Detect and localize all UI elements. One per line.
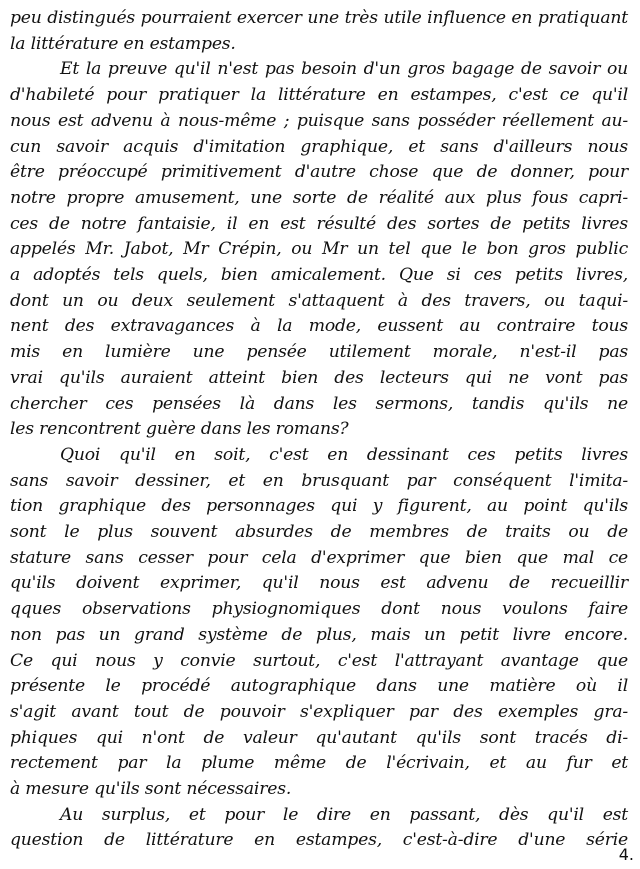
manuscript-line: les rencontrent guère dans les romans? <box>10 415 628 443</box>
manuscript-line: question de littérature en estampes, c'e… <box>10 826 628 854</box>
manuscript-page: peu distingués pourraient exercer une tr… <box>0 0 640 869</box>
manuscript-line: tion graphique des personnages qui y fig… <box>10 492 628 520</box>
manuscript-line: nous est advenu à nous-même ; puisque sa… <box>10 107 628 135</box>
manuscript-line: phiques qui n'ont de valeur qu'autant qu… <box>10 724 628 752</box>
manuscript-line: rectement par la plume même de l'écrivai… <box>10 749 628 777</box>
manuscript-line: sont le plus souvent absurdes de membres… <box>10 518 628 546</box>
manuscript-line: à mesure qu'ils sont nécessaires. <box>10 775 628 803</box>
manuscript-line: la littérature en estampes. <box>10 30 628 58</box>
manuscript-line: appelés Mr. Jabot, Mr Crépin, ou Mr un t… <box>10 235 628 263</box>
manuscript-line: nent des extravagances à la mode, eussen… <box>10 312 628 340</box>
manuscript-line: stature sans cesser pour cela d'exprimer… <box>10 544 628 572</box>
manuscript-line: Ce qui nous y convie surtout, c'est l'at… <box>10 647 628 675</box>
manuscript-line: vrai qu'ils auraient atteint bien des le… <box>10 364 628 392</box>
paragraph-start-line: Quoi qu'il en soit, c'est en dessinant c… <box>60 441 628 469</box>
manuscript-line: non pas un grand système de plus, mais u… <box>10 621 628 649</box>
manuscript-line: d'habileté pour pratiquer la littérature… <box>10 81 628 109</box>
manuscript-line: présente le procédé autographique dans u… <box>10 672 628 700</box>
paragraph-start-line: Au surplus, et pour le dire en passant, … <box>60 801 628 829</box>
manuscript-line: être préoccupé primitivement d'autre cho… <box>10 158 628 186</box>
manuscript-line: peu distingués pourraient exercer une tr… <box>10 4 628 32</box>
manuscript-line: qu'ils doivent exprimer, qu'il nous est … <box>10 569 628 597</box>
manuscript-line: a adoptés tels quels, bien amicalement. … <box>10 261 628 289</box>
page-number: 4. <box>619 845 634 864</box>
manuscript-line: dont un ou deux seulement s'attaquent à … <box>10 287 628 315</box>
manuscript-line: notre propre amusement, une sorte de réa… <box>10 184 628 212</box>
paragraph-start-line: Et la preuve qu'il n'est pas besoin d'un… <box>60 55 628 83</box>
manuscript-line: ces de notre fantaisie, il en est résult… <box>10 210 628 238</box>
manuscript-line: qques observations physiognomiques dont … <box>10 595 628 623</box>
manuscript-line: sans savoir dessiner, et en brusquant pa… <box>10 467 628 495</box>
manuscript-line: mis en lumière une pensée utilement mora… <box>10 338 628 366</box>
manuscript-line: cun savoir acquis d'imitation graphique,… <box>10 133 628 161</box>
manuscript-line: chercher ces pensées là dans les sermons… <box>10 390 628 418</box>
manuscript-line: s'agit avant tout de pouvoir s'expliquer… <box>10 698 628 726</box>
